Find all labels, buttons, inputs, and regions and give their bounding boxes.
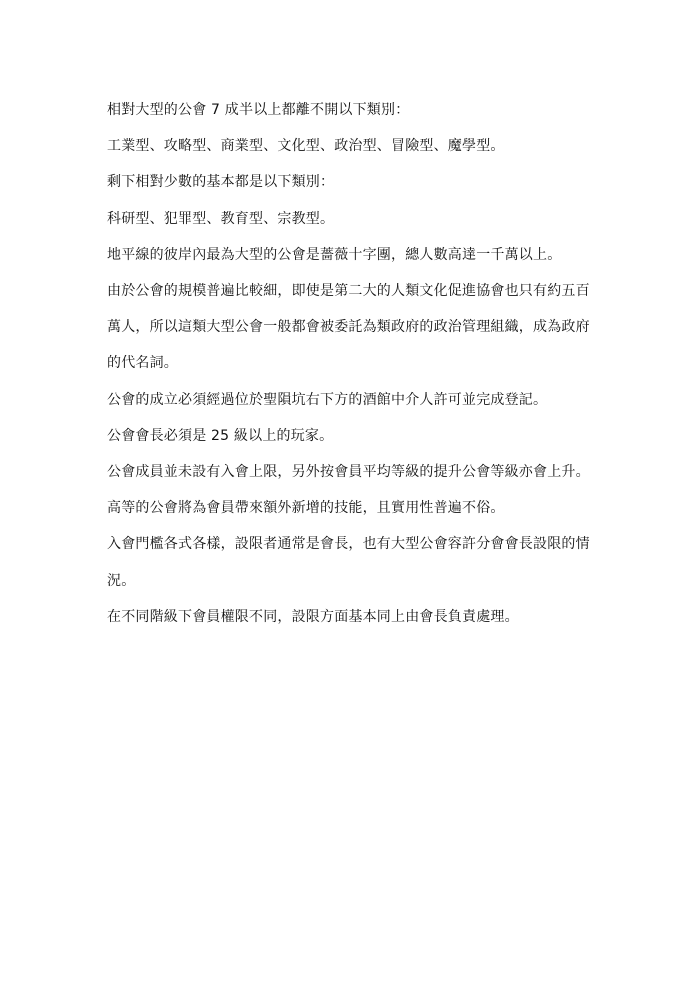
- paragraph-guild-skills: 高等的公會將為會員帶來額外新增的技能，且實用性普遍不俗。: [107, 490, 597, 526]
- paragraph-minor-intro: 剩下相對少數的基本都是以下類別：: [107, 164, 597, 200]
- paragraph-large-guild-ratio: 相對大型的公會 7 成半以上都離不開以下類別：: [107, 92, 597, 128]
- paragraph-minor-categories: 科研型、犯罪型、教育型、宗教型。: [107, 201, 597, 237]
- paragraph-entry-threshold: 入會門檻各式各樣，設限者通常是會長，也有大型公會容許分會會長設限的情況。: [107, 526, 597, 598]
- document-page: 相對大型的公會 7 成半以上都離不開以下類別： 工業型、攻略型、商業型、文化型、…: [0, 0, 700, 990]
- paragraph-guild-founding: 公會的成立必須經過位於聖隕坑右下方的酒館中介人許可並完成登記。: [107, 382, 597, 418]
- paragraph-largest-guild: 地平線的彼岸內最為大型的公會是薔薇十字團，總人數高達一千萬以上。: [107, 237, 597, 273]
- paragraph-major-categories: 工業型、攻略型、商業型、文化型、政治型、冒險型、魔學型。: [107, 128, 597, 164]
- paragraph-member-permissions: 在不同階級下會員權限不同，設限方面基本同上由會長負責處理。: [107, 599, 597, 635]
- paragraph-guild-scale: 由於公會的規模普遍比較細，即使是第二大的人類文化促進協會也只有約五百萬人，所以這…: [107, 273, 597, 382]
- paragraph-leader-level: 公會會長必須是 25 級以上的玩家。: [107, 418, 597, 454]
- paragraph-member-limit: 公會成員並未設有入會上限，另外按會員平均等級的提升公會等級亦會上升。: [107, 454, 597, 490]
- document-body: 相對大型的公會 7 成半以上都離不開以下類別： 工業型、攻略型、商業型、文化型、…: [107, 92, 597, 635]
